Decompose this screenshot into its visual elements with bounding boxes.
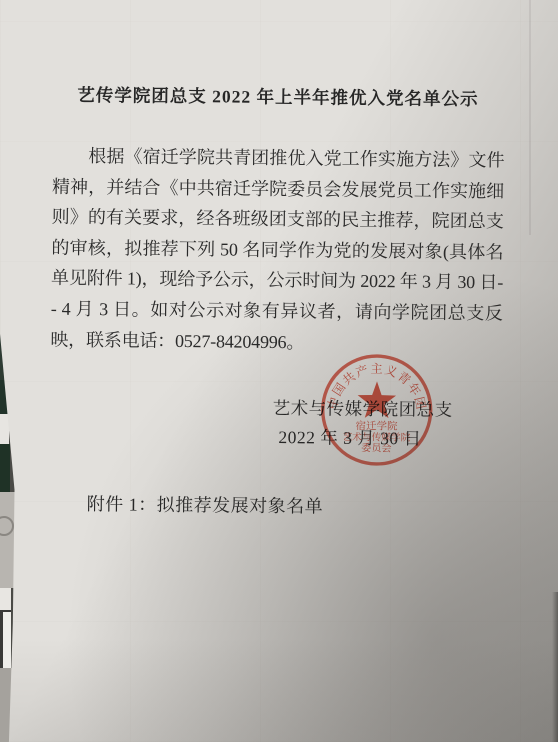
document-body: 根据《宿迁学院共青团推优入党工作实施方法》文件精神，并结合《中共宿迁学院委员会发… [50,141,504,360]
under-document-circle-mark [0,516,14,536]
document-content: 艺传学院团总支 2022 年上半年推优入党名单公示 根据《宿迁学院共青团推优入党… [0,0,558,742]
under-paper-gap-2 [0,588,11,610]
attachment-note: 附件 1：拟推荐发展对象名单 [87,490,324,518]
table-green-strip [0,444,10,492]
under-paper-gap [0,414,9,444]
under-document-edge [0,492,15,588]
seal-line3: 委员会 [361,441,391,454]
paper-crease [529,0,531,235]
red-star-icon [357,381,396,418]
seal-line1: 宿迁学院 [355,419,398,432]
seal-line2: 艺术与传媒学院 [342,430,410,444]
document-title: 艺传学院团总支 2022 年上半年推优入党名单公示 [0,81,557,112]
framed-paper-corner [0,610,11,668]
official-seal: 中国共产主义青年团 宿迁学院 艺术与传媒学院 委员会 [317,350,436,469]
document-paper: 艺传学院团总支 2022 年上半年推优入党名单公示 根据《宿迁学院共青团推优入党… [0,0,558,742]
bottom-right-edge-shadow [552,592,558,742]
photographed-document: 艺传学院团总支 2022 年上半年推优入党名单公示 根据《宿迁学院共青团推优入党… [0,0,558,742]
